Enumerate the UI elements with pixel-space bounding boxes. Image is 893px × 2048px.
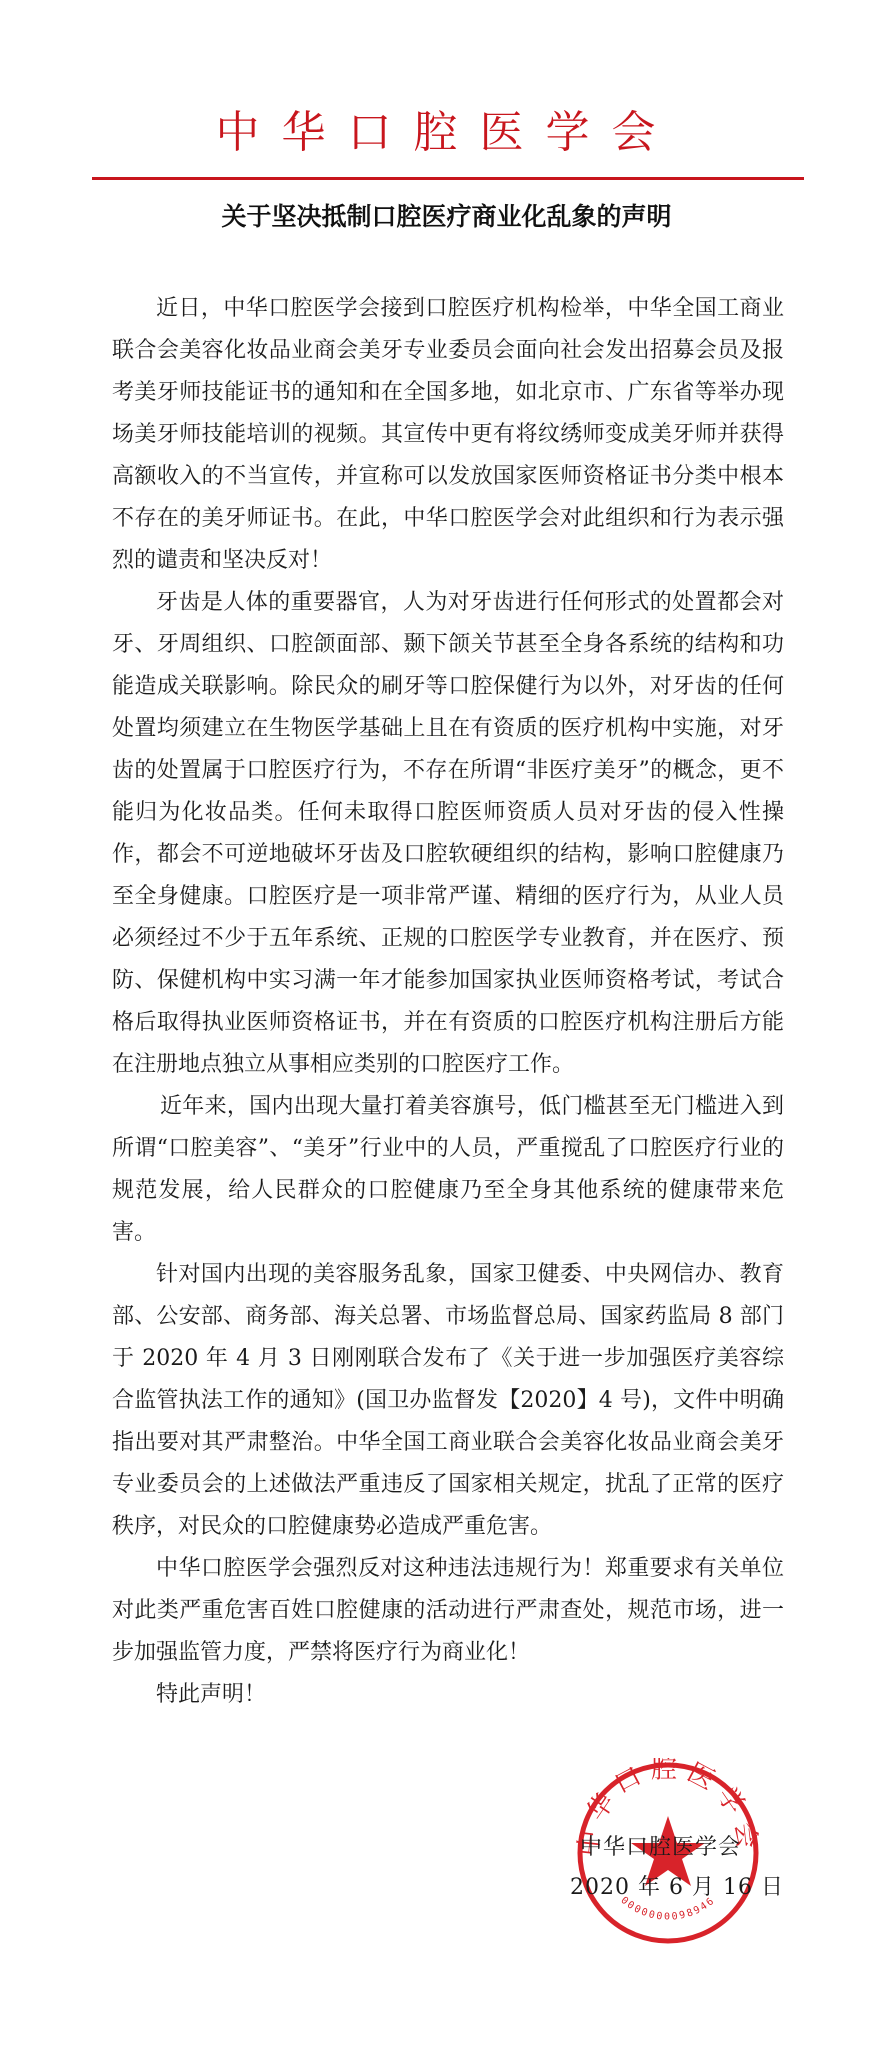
paragraph: 牙齿是人体的重要器官，人为对牙齿进行任何形式的处置都会对牙、牙周组织、口腔颌面部…	[112, 582, 784, 1086]
paragraph: 中华口腔医学会强烈反对这种违法违规行为！郑重要求有关单位对此类严重危害百姓口腔健…	[112, 1548, 784, 1674]
paragraph: 近日，中华口腔医学会接到口腔医疗机构检举，中华全国工商业联合会美容化妆品业商会美…	[112, 288, 784, 582]
closing-line: 特此声明！	[112, 1674, 784, 1716]
signature-organization: 中华口腔医学会	[580, 1830, 741, 1861]
signature-date: 2020 年 6 月 16 日	[570, 1870, 784, 1901]
paragraph: 近年来，国内出现大量打着美容旗号，低门槛甚至无门槛进入到所谓“口腔美容”、“美牙…	[112, 1086, 784, 1254]
org-title: 中华口腔医学会	[0, 96, 893, 160]
statement-body: 近日，中华口腔医学会接到口腔医疗机构检举，中华全国工商业联合会美容化妆品业商会美…	[112, 288, 784, 1716]
header-rule	[92, 177, 804, 180]
document-title: 关于坚决抵制口腔医疗商业化乱象的声明	[0, 197, 893, 233]
paragraph: 针对国内出现的美容服务乱象，国家卫健委、中央网信办、教育部、公安部、商务部、海关…	[112, 1254, 784, 1548]
